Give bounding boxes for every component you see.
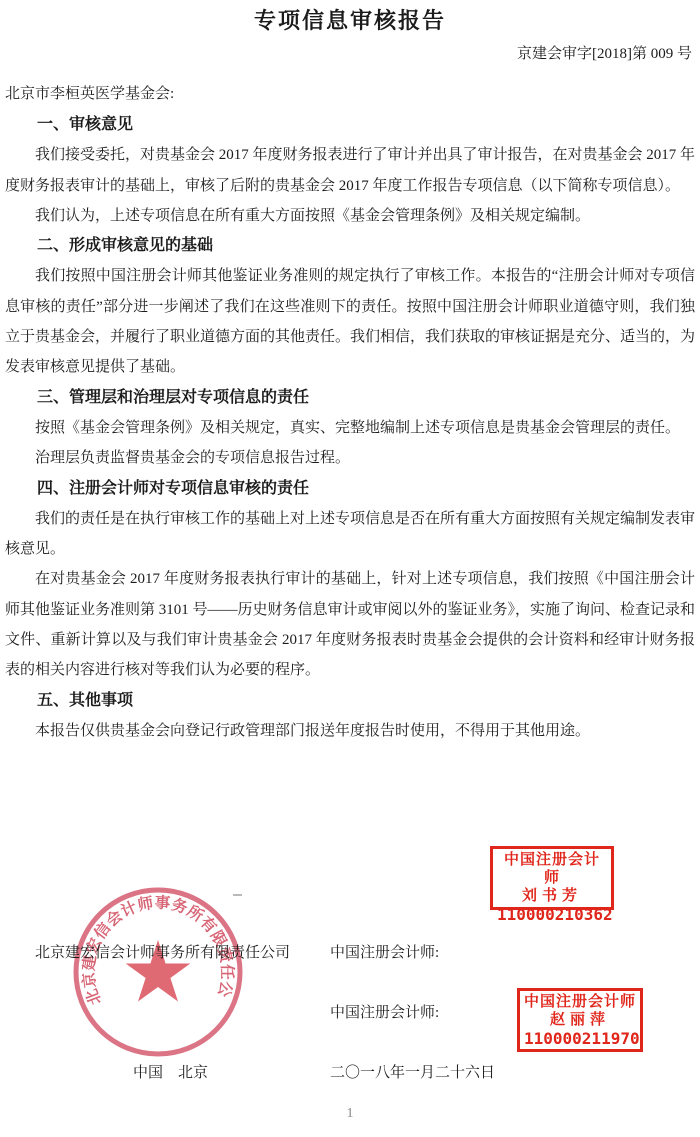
page-title: 专项信息审核报告 bbox=[0, 4, 700, 35]
firm-name: 北京建宏信会计师事务所有限责任公司 bbox=[35, 941, 290, 962]
section-heading: 二、形成审核意见的基础 bbox=[5, 231, 695, 261]
section-paragraph: 在对贵基金会 2017 年度财务报表执行审计的基础上，针对上述专项信息，我们按照… bbox=[5, 564, 695, 685]
section-paragraph: 按照《基金会管理条例》及相关规定，真实、完整地编制上述专项信息是贵基金会管理层的… bbox=[5, 413, 695, 443]
signature-location: 中国 北京 bbox=[133, 1061, 208, 1082]
stamp-cpa-name: 赵丽萍 bbox=[524, 1011, 636, 1029]
report-page: 专项信息审核报告 京建会审字[2018]第 009 号 北京市李桓英医学基金会:… bbox=[0, 0, 700, 1137]
section-management-responsibility: 三、管理层和治理层对专项信息的责任 按照《基金会管理条例》及相关规定，真实、完整… bbox=[5, 383, 695, 474]
section-paragraph: 我们的责任是在执行审核工作的基础上对上述专项信息是否在所有重大方面按照有关规定编… bbox=[5, 504, 695, 565]
section-paragraph: 治理层负责监督贵基金会的专项信息报告过程。 bbox=[5, 443, 695, 473]
stamp-title: 中国注册会计师 bbox=[497, 851, 607, 887]
scan-artifact bbox=[233, 894, 242, 896]
cpa-signature-label-2: 中国注册会计师: bbox=[330, 1001, 439, 1022]
section-heading: 五、其他事项 bbox=[5, 686, 695, 716]
stamp-cpa-name: 刘书芳 bbox=[497, 887, 607, 905]
stamp-title: 中国注册会计师 bbox=[524, 993, 636, 1011]
section-paragraph: 本报告仅供贵基金会向登记行政管理部门报送年度报告时使用，不得用于其他用途。 bbox=[5, 716, 695, 746]
report-body: 一、审核意见 我们接受委托，对贵基金会 2017 年度财务报表进行了审计并出具了… bbox=[5, 110, 695, 746]
section-paragraph: 我们认为，上述专项信息在所有重大方面按照《基金会管理条例》及相关规定编制。 bbox=[5, 201, 695, 231]
signature-date: 二〇一八年一月二十六日 bbox=[330, 1061, 495, 1082]
section-other-matters: 五、其他事项 本报告仅供贵基金会向登记行政管理部门报送年度报告时使用，不得用于其… bbox=[5, 686, 695, 747]
company-seal: 北京建宏信会计师事务所有限责任公司 bbox=[68, 882, 248, 1062]
cpa-stamp-zhao-liping: 中国注册会计师 赵丽萍 110000211970 bbox=[517, 988, 643, 1052]
page-number: 1 bbox=[0, 1106, 700, 1122]
section-cpa-responsibility: 四、注册会计师对专项信息审核的责任 我们的责任是在执行审核工作的基础上对上述专项… bbox=[5, 474, 695, 686]
section-basis-of-opinion: 二、形成审核意见的基础 我们按照中国注册会计师其他鉴证业务准则的规定执行了审核工… bbox=[5, 231, 695, 382]
section-paragraph: 我们按照中国注册会计师其他鉴证业务准则的规定执行了审核工作。本报告的“注册会计师… bbox=[5, 261, 695, 382]
reference-number: 京建会审字[2018]第 009 号 bbox=[517, 42, 692, 63]
cpa-stamp-liu-shufang: 中国注册会计师 刘书芳 110000210362 bbox=[490, 846, 614, 910]
addressee: 北京市李桓英医学基金会: bbox=[5, 82, 174, 103]
section-heading: 三、管理层和治理层对专项信息的责任 bbox=[5, 383, 695, 413]
section-audit-opinion: 一、审核意见 我们接受委托，对贵基金会 2017 年度财务报表进行了审计并出具了… bbox=[5, 110, 695, 231]
cpa-signature-label-1: 中国注册会计师: bbox=[330, 941, 439, 962]
stamp-license-number: 110000211970 bbox=[524, 1029, 636, 1048]
stamp-license-number: 110000210362 bbox=[497, 905, 607, 924]
section-heading: 一、审核意见 bbox=[5, 110, 695, 140]
section-heading: 四、注册会计师对专项信息审核的责任 bbox=[5, 474, 695, 504]
section-paragraph: 我们接受委托，对贵基金会 2017 年度财务报表进行了审计并出具了审计报告，在对… bbox=[5, 140, 695, 201]
